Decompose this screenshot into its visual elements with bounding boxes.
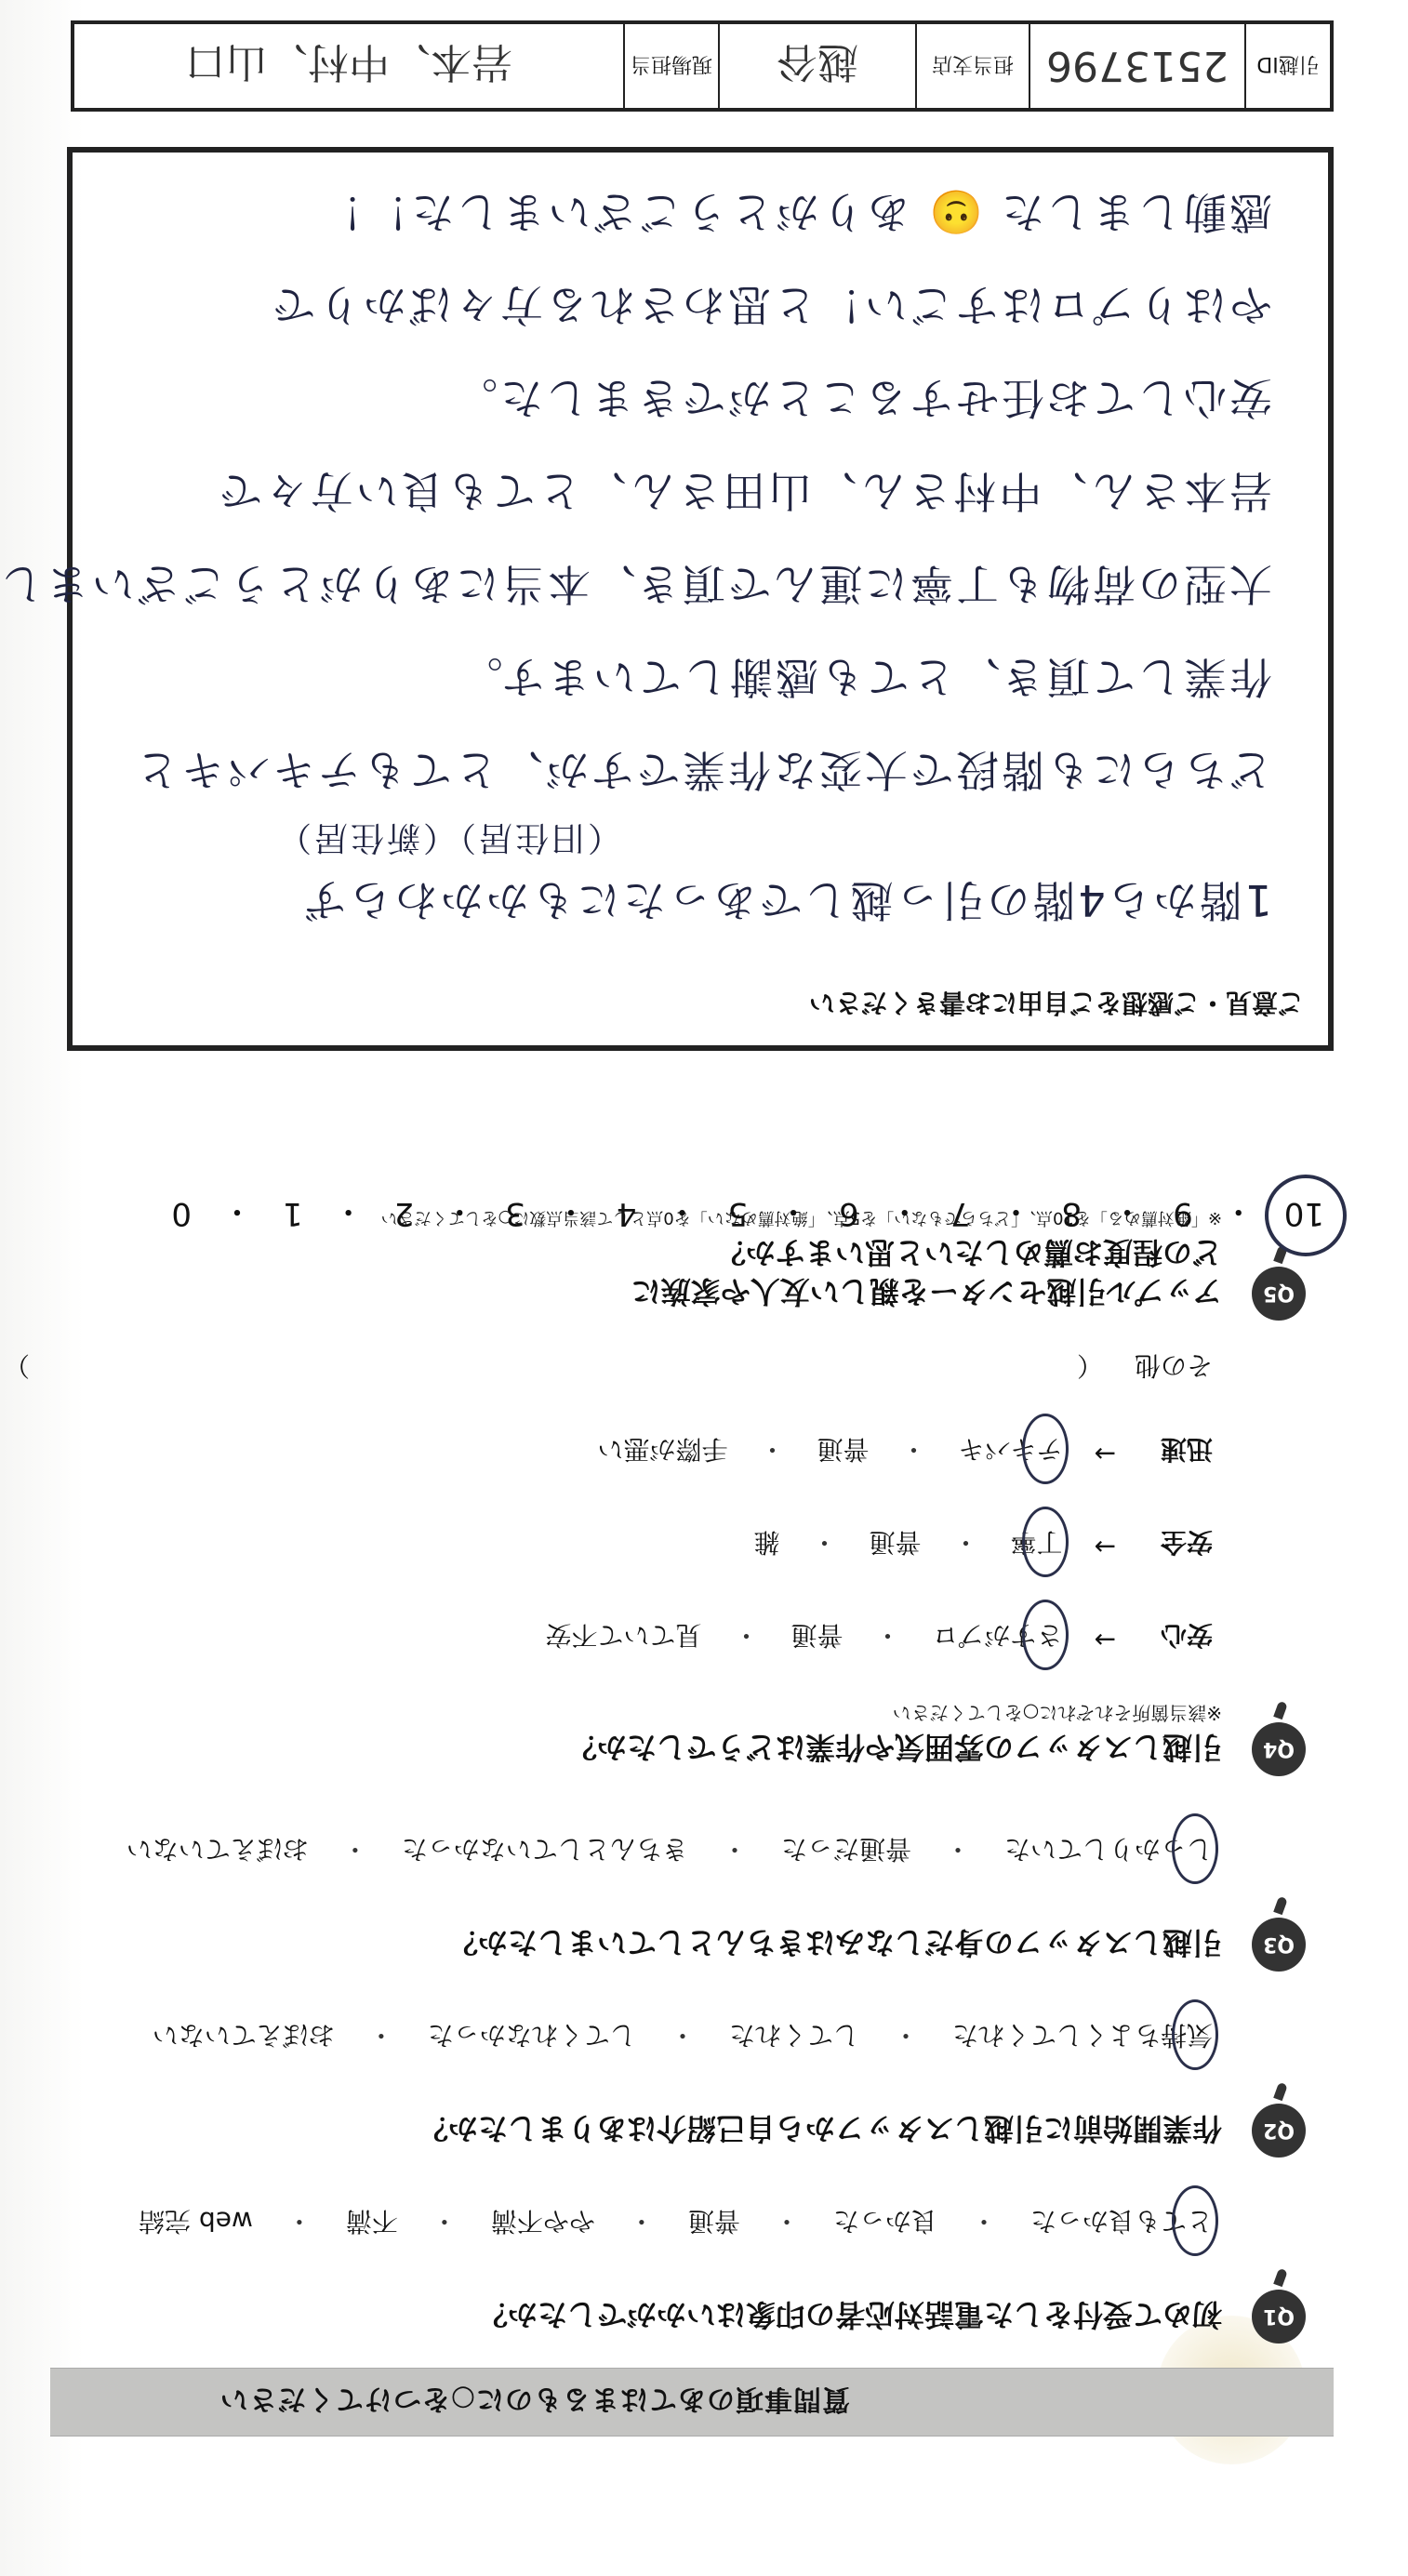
comment-box[interactable]: ご意見・ご感想をご自由にお書きください 1階から4階の引っ越しであったにもかかわ… bbox=[67, 147, 1334, 1051]
q4-row-anzen: 安全→ 丁寧・ 普通・ 雑 bbox=[753, 1525, 1213, 1562]
q3-options: しっかりしていた・ 普通だった・ きちんとしていなかった・ おぼえていない bbox=[126, 1832, 1213, 1869]
q1-option-slightly-unsatisfied[interactable]: やや不満 bbox=[491, 2204, 595, 2241]
q2-option-did-not[interactable]: してくれなかった bbox=[428, 2018, 636, 2055]
staff-value[interactable]: 岩本、中村、山口 bbox=[74, 24, 623, 108]
q1-text: 初めて受付をした電話対応者の印象はいかがでしたか？ bbox=[478, 2295, 1222, 2338]
q1-option-web[interactable]: web 完結 bbox=[139, 2204, 253, 2241]
comment-line: 岩本さん、中村さん、山田さん、とても良い方々で bbox=[217, 463, 1272, 524]
survey-sheet: 質問事項のあてはまるものに○をつけてください Q1 初めて受付をした電話対応者の… bbox=[0, 0, 1408, 2576]
q4-row-label: 迅速 bbox=[1148, 1432, 1213, 1469]
comment-line: どちらにも階段で大変な作業ですが、とてもテキパキと bbox=[133, 742, 1272, 803]
q4-jinsoku-normal[interactable]: 普通 bbox=[817, 1432, 869, 1469]
q5-score-8[interactable]: 8 bbox=[1061, 1196, 1082, 1233]
q2-option-dont-remember[interactable]: おぼえていない bbox=[153, 2018, 335, 2055]
comment-line: 作業して頂き、とても感謝しています。 bbox=[458, 649, 1272, 710]
q4-anshin-pro[interactable]: さすがプロ bbox=[933, 1618, 1063, 1655]
q5-text-line2: どの程度お薦めしたいと思いますか？ bbox=[716, 1233, 1222, 1276]
q4-row-label: 安心 bbox=[1148, 1618, 1213, 1655]
q4-row-anshin: 安心→ さすがプロ・ 普通・ 見ていて不安 bbox=[545, 1618, 1213, 1655]
question-q1: Q1 初めて受付をした電話対応者の印象はいかがでしたか？ とても良かった・ 良か… bbox=[78, 2185, 1306, 2344]
q5-score-6[interactable]: 6 bbox=[839, 1196, 859, 1233]
q1-option-normal[interactable]: 普通 bbox=[688, 2204, 740, 2241]
q1-options: とても良かった・ 良かった・ 普通・ やや不満・ 不満・ web 完結 bbox=[139, 2204, 1213, 2241]
q3-option-not-neat[interactable]: きちんとしていなかった bbox=[402, 1832, 688, 1869]
q1-option-very-good[interactable]: とても良かった bbox=[1030, 2204, 1213, 2241]
q5-score-3[interactable]: 3 bbox=[505, 1196, 525, 1233]
id-table: 引越ID 2513796 担当支店 越谷 現場担当 岩本、中村、山口 bbox=[71, 20, 1334, 112]
q1-option-unsatisfied[interactable]: 不満 bbox=[346, 2204, 398, 2241]
q3-option-neat[interactable]: しっかりしていた bbox=[1004, 1832, 1213, 1869]
q4-row-jinsoku: 迅速→ テキパキ・ 普通・ 手際が悪い bbox=[597, 1432, 1213, 1469]
q3-badge-icon: Q3 bbox=[1252, 1918, 1306, 1972]
q3-option-normal[interactable]: 普通だった bbox=[781, 1832, 911, 1869]
q5-score-9[interactable]: 9 bbox=[1173, 1196, 1193, 1233]
branch-value[interactable]: 越谷 bbox=[718, 24, 915, 108]
q4-badge-icon: Q4 bbox=[1252, 1722, 1306, 1776]
comment-line: 大型の荷物も丁寧に運んで頂き、本当にありがとうございました。 bbox=[0, 556, 1272, 617]
instruction-text: 質問事項のあてはまるものに○をつけてください bbox=[219, 2382, 850, 2423]
instruction-banner: 質問事項のあてはまるものに○をつけてください bbox=[50, 2368, 1334, 2437]
q5-scale: 10・ 9・ 8・ 7・ 6・ 5・ 4・ 3・ 2・ 1・ 0 bbox=[171, 1191, 1324, 1237]
q2-option-did[interactable]: してくれた bbox=[729, 2018, 859, 2055]
q4-note: ※該当箇所それぞれに○をしてください bbox=[893, 1701, 1222, 1728]
q4-other: その他 （ ） bbox=[4, 1348, 1213, 1386]
q2-badge-icon: Q2 bbox=[1252, 2104, 1306, 2158]
question-q4: Q4 引越しスタッフの雰囲気や作業はどうでしたか？ ※該当箇所それぞれに○をして… bbox=[78, 1330, 1306, 1776]
q3-text: 引越しスタッフの身だしなみはきちんとしていましたか？ bbox=[448, 1923, 1222, 1966]
q4-other-input[interactable] bbox=[61, 1348, 1045, 1386]
q4-text: 引越しスタッフの雰囲気や作業はどうでしたか？ bbox=[567, 1728, 1222, 1771]
q1-option-good[interactable]: 良かった bbox=[833, 2204, 937, 2241]
q4-anzen-normal[interactable]: 普通 bbox=[869, 1525, 921, 1562]
branch-label: 担当支店 bbox=[915, 24, 1029, 108]
move-id-value[interactable]: 2513796 bbox=[1029, 24, 1244, 108]
q5-text-line1: アップル引越センターを親しい友人や家族に bbox=[631, 1272, 1222, 1315]
comment-line: 安心してお任せすることができました。 bbox=[452, 370, 1272, 432]
q4-jinsoku-quick[interactable]: テキパキ bbox=[959, 1432, 1063, 1469]
q3-option-dont-remember[interactable]: おぼえていない bbox=[126, 1832, 309, 1869]
comment-line: （旧住居）（新住居） bbox=[275, 817, 621, 864]
q4-anzen-careful[interactable]: 丁寧 bbox=[1011, 1525, 1063, 1562]
q4-other-label: その他 bbox=[1135, 1348, 1213, 1386]
staff-label: 現場担当 bbox=[623, 24, 718, 108]
q2-option-pleasantly[interactable]: 気持ちよくしてくれた bbox=[952, 2018, 1213, 2055]
question-q2: Q2 作業開始前に引越しスタッフから自己紹介はありましたか？ 気持ちよくしてくれ… bbox=[78, 1999, 1306, 2158]
q4-jinsoku-clumsy[interactable]: 手際が悪い bbox=[597, 1432, 727, 1469]
q5-score-10[interactable]: 10 bbox=[1284, 1196, 1324, 1233]
q4-anshin-uneasy[interactable]: 見ていて不安 bbox=[545, 1618, 701, 1655]
q1-badge-icon: Q1 bbox=[1252, 2290, 1306, 2344]
q5-score-7[interactable]: 7 bbox=[950, 1196, 971, 1233]
q4-anshin-normal[interactable]: 普通 bbox=[790, 1618, 843, 1655]
q2-text: 作業開始前に引越しスタッフから自己紹介はありましたか？ bbox=[418, 2109, 1222, 2152]
q5-score-2[interactable]: 2 bbox=[394, 1196, 415, 1233]
q4-row-label: 安全 bbox=[1148, 1525, 1213, 1562]
q5-score-4[interactable]: 4 bbox=[617, 1196, 637, 1233]
q2-options: 気持ちよくしてくれた・ してくれた・ してくれなかった・ おぼえていない bbox=[153, 2018, 1213, 2055]
comment-line: 1階から4階の引っ越しであったにもかかわらず bbox=[301, 872, 1272, 934]
question-q3: Q3 引越しスタッフの身だしなみはきちんとしていましたか？ しっかりしていた・ … bbox=[78, 1813, 1306, 1972]
q5-score-5[interactable]: 5 bbox=[728, 1196, 749, 1233]
q4-anzen-rough[interactable]: 雑 bbox=[753, 1525, 779, 1562]
comment-title: ご意見・ご感想をご自由にお書きください bbox=[809, 986, 1304, 1023]
q5-score-0[interactable]: 0 bbox=[171, 1196, 192, 1233]
q5-badge-icon: Q5 bbox=[1252, 1267, 1306, 1321]
move-id-label: 引越ID bbox=[1244, 24, 1330, 108]
comment-line: やはりプロはすごい！と思わされる方々ばかりで bbox=[270, 277, 1272, 339]
q5-score-1[interactable]: 1 bbox=[283, 1196, 303, 1233]
comment-line: 感動しました 🙂 ありがとうございました！！ bbox=[317, 184, 1272, 246]
